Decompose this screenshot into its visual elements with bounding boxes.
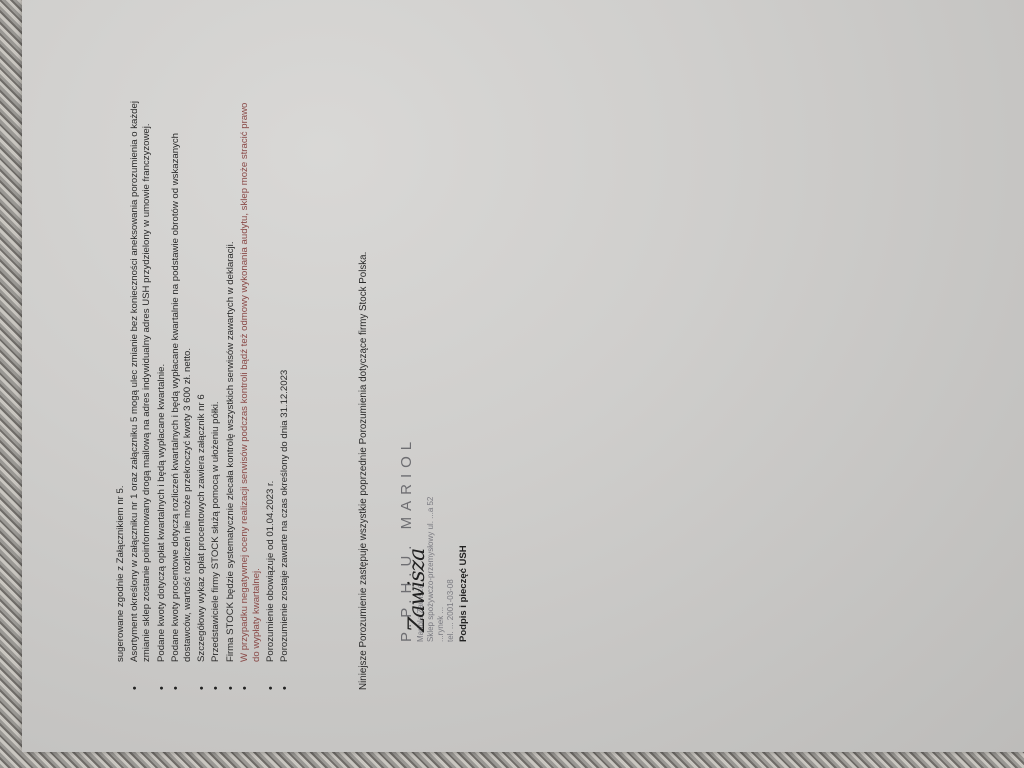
stamp-line: ...rynek ... <box>436 432 446 642</box>
list-item: Podane kwoty dotyczą opłat kwartalnych i… <box>156 100 168 690</box>
list-item: Przedstawiciele firmy STOCK służą pomocą… <box>210 100 222 690</box>
list-item: Porozumienie zostaje zawarte na czas okr… <box>279 100 291 690</box>
list-item: Szczegółowy wykaz opłat procentowych zaw… <box>196 100 208 690</box>
list-item: W przypadku negatywnej oceny realizacji … <box>239 100 263 690</box>
document-body: sugerowane zgodnie z Załącznikiem nr 5. … <box>115 100 575 690</box>
list-item: Firma STOCK będzie systematycznie zlecał… <box>225 100 237 690</box>
company-stamp: P.P.H.U. MARIOL Mariola Zawisza Sklep sp… <box>398 432 470 642</box>
terms-list: Asortyment określony w załączniku nr 1 o… <box>129 100 291 690</box>
list-item: Porozumienie obowiązuje od 01.04.2023 r. <box>265 100 277 690</box>
stamp-line: tel. ... 2001-03-08 <box>446 432 456 642</box>
list-item: Asortyment określony w załączniku nr 1 o… <box>129 100 153 690</box>
handwritten-signature: Zawisza <box>412 549 424 632</box>
signature-caption: Podpis i pieczęć USH <box>458 432 470 642</box>
closing-statement: Niniejsze Porozumienie zastępuje wszystk… <box>358 100 370 690</box>
intro-line: sugerowane zgodnie z Załącznikiem nr 5. <box>115 100 127 662</box>
list-item: Podane kwoty procentowe dotyczą rozlicze… <box>170 100 194 690</box>
